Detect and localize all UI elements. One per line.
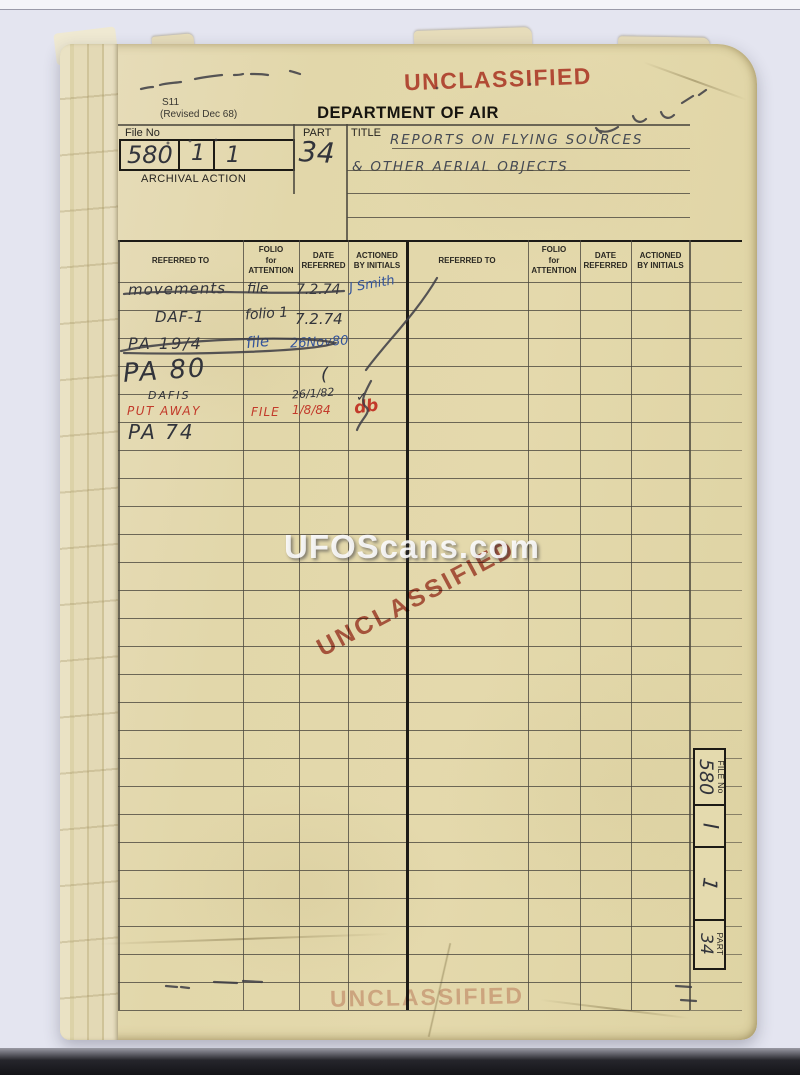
rule [293,124,295,194]
form-code: S11 [162,97,179,108]
side-part-value: 34 [695,932,714,955]
grid-line [690,534,742,535]
grid-line [118,450,690,451]
entry-date: 1/8/84 [292,403,331,417]
box-divider [213,141,215,169]
grid-line [118,898,690,899]
grid-line [118,338,690,339]
grid-line [690,702,742,703]
side-volume-mark: I [698,823,721,829]
grid-line [690,478,742,479]
department-title: DEPARTMENT OF AIR [308,104,508,123]
grid-line [118,982,690,983]
grid-line [690,674,742,675]
grid-line [690,450,742,451]
folder-spine [60,44,118,1040]
side-tab-part-cell: PART 34 [695,921,724,967]
grid-line [690,982,742,983]
box-divider [178,141,180,169]
entry-initials: db [353,395,380,418]
entry-date: ( [321,364,328,385]
entry-referred-to: DAFIS [148,389,191,402]
side-file-no-value: 580 [694,759,715,795]
col-header-date: DATE REFERRED [580,240,631,282]
rule [347,170,690,171]
grid-line [690,1010,742,1011]
grid-line [690,366,742,367]
side-file-tab: FILE No 580 I 1 PART 34 [693,748,726,970]
grid-line [690,562,742,563]
rule [347,217,690,218]
grid-line [690,590,742,591]
grid-line [118,730,690,731]
watermark: UFOScans.com [284,528,540,566]
title-label: TITLE [351,127,381,139]
scanner-bottom-edge [0,1048,800,1075]
side-volume-mark: 1 [698,876,722,892]
grid-line [118,506,690,507]
grid-line [118,674,690,675]
scanned-file-cover: UNCLASSIFIED S11 (Revised Dec 68) DEPART… [0,0,800,1075]
rule [392,148,690,149]
grid-line [118,702,690,703]
entry-referred-to: DAF-1 [155,308,205,326]
grid-line [118,478,690,479]
grid-line [528,240,529,1010]
grid-line [690,338,742,339]
side-tab-volume-cell: 1 [695,848,724,921]
grid-line [690,646,742,647]
grid-line [118,758,690,759]
entry-referred-to: PA 19/4 [128,334,203,353]
rule [347,193,690,194]
side-tab-file-no-cell: FILE No 580 [695,750,724,806]
grid-line [690,282,742,283]
title-line-2: & OTHER AERIAL OBJECTS [352,159,568,175]
side-tab-volume-cell: I [695,806,724,848]
col-header-date: DATE REFERRED [299,240,348,282]
archival-action-label: ARCHIVAL ACTION [141,173,246,185]
grid-line [689,240,691,1010]
entry-referred-to: PUT AWAY [127,404,201,418]
grid-line [118,870,690,871]
entry-folio: file [245,332,270,352]
grid-line [118,394,690,395]
entry-referred-to: PA 74 [128,420,195,444]
col-header-folio: FOLIO for ATTENTION [528,240,580,282]
col-header-referred-to: REFERRED TO [118,240,243,282]
part-value: 34 [298,135,335,170]
col-header-referred-to: REFERRED TO [406,240,528,282]
grid-line [580,240,581,1010]
grid-line [299,240,300,1010]
grid-line [243,240,244,1010]
rule [346,124,348,240]
grid-line [406,240,409,1010]
entry-date: 7.2.74 [296,282,341,298]
form-revision: (Revised Dec 68) [160,109,237,120]
grid-line [118,926,690,927]
grid-line [118,240,742,242]
entry-folio: FILE [251,405,280,419]
col-header-actioned: ACTIONED BY INITIALS [631,240,690,282]
title-line-1: REPORTS ON FLYING SOURCES [390,132,643,148]
grid-line [118,786,690,787]
grid-line [690,506,742,507]
grid-line [690,310,742,311]
grid-line [118,842,690,843]
entry-date: 26Nov80 [290,333,349,351]
file-no-suffix: 1 [191,141,205,166]
rule [118,124,690,126]
grid-line [118,646,690,647]
entry-referred-to: PA 80 [122,353,207,389]
entry-referred-to: movements [128,279,226,299]
entry-folio: folio 1 [244,305,288,324]
col-header-folio: FOLIO for ATTENTION [243,240,299,282]
entry-folio: file [247,281,269,297]
file-no-label: File No [125,127,160,139]
grid-line [118,814,690,815]
file-no-suffix: 1 [226,143,240,168]
scanner-top-edge [0,0,800,10]
entry-date: 7.2.74 [295,310,343,328]
grid-line [631,240,632,1010]
grid-line [690,394,742,395]
grid-line [118,240,120,1010]
grid-line [690,730,742,731]
grid-line [118,422,690,423]
unclassified-stamp-bottom: UNCLASSIFIED [330,982,524,1012]
grid-line [118,954,690,955]
file-no-value: 580 [127,141,173,169]
grid-line [690,422,742,423]
grid-line [690,618,742,619]
